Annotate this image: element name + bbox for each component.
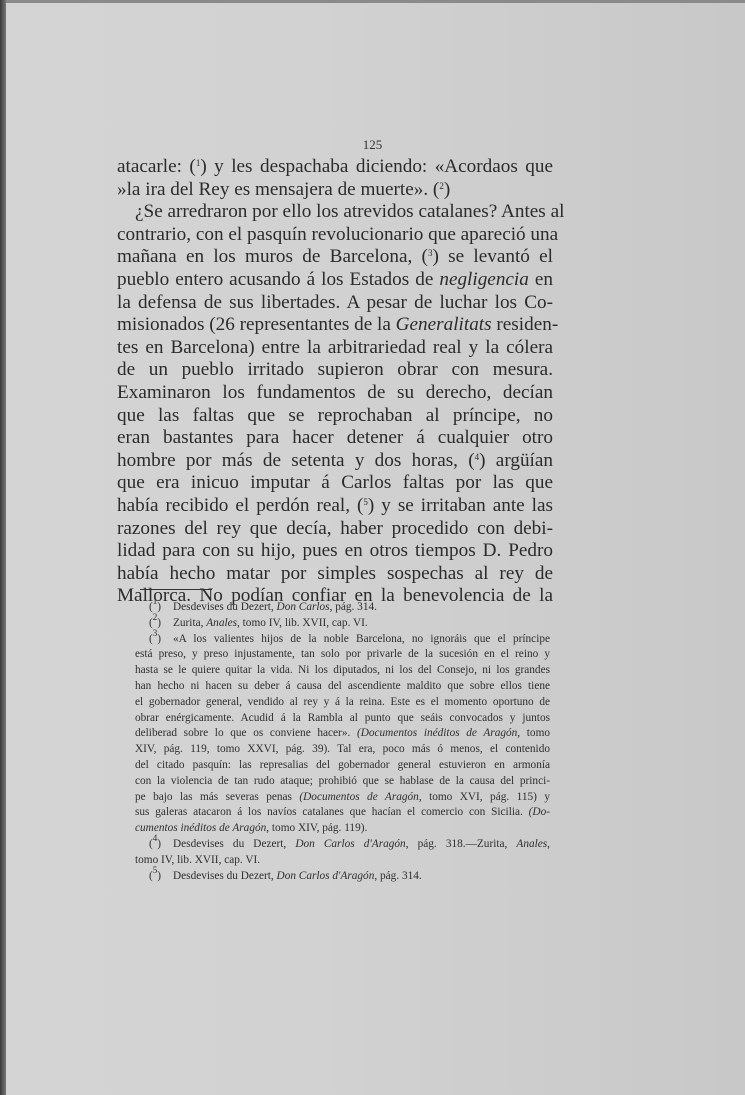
footnote-line: han hecho ni hacen su deber á causa del … [135, 679, 550, 695]
footnote-ref: 4 [475, 452, 480, 462]
body-line: mañana en los muros de Barcelona, (3) se… [117, 246, 553, 269]
body-line: hombre por más de setenta y dos horas, (… [117, 450, 553, 473]
footnote-line: (1)Desdevises du Dezert, Don Carlos, pág… [135, 600, 550, 616]
footnote-line: (5)Desdevises du Dezert, Don Carlos d'Ar… [135, 869, 550, 885]
body-line: que las faltas que se reprochaban al prí… [117, 405, 553, 428]
footnote-ref: 1 [196, 158, 201, 168]
footnote-line: hasta se le quiere quitar la vida. Ni lo… [135, 663, 550, 679]
footnotes: (1)Desdevises du Dezert, Don Carlos, pág… [135, 600, 550, 884]
body-line: había recibido el perdón real, (5) y se … [117, 495, 553, 518]
body-line: pueblo entero acusando á los Estados de … [117, 269, 553, 292]
page-binding-edge [0, 0, 6, 1095]
body-line: contrario, con el pasquín revolucionario… [117, 224, 553, 247]
footnote-separator [140, 589, 212, 590]
body-line: ¿Se arredraron por ello los atrevidos ca… [117, 201, 553, 224]
body-line: lidad para con su hijo, pues en otros ti… [117, 540, 553, 563]
footnote-line: del citado pasquín: las represalias del … [135, 758, 550, 774]
citation-title: Don Carlos d'Aragón [277, 870, 375, 882]
body-line: razones del rey que decía, haber procedi… [117, 518, 553, 541]
body-line: que era inicuo imputar á Carlos faltas p… [117, 472, 553, 495]
footnote-line: sus galeras atacaron á los navíos catala… [135, 805, 550, 821]
citation-title: (Documentos inéditos de Aragón [357, 727, 517, 739]
footnote-mark-number: 4 [153, 833, 158, 843]
footnote-line: con la violencia de tan rudo ataque; pro… [135, 774, 550, 790]
emphasis: negligencia [439, 269, 529, 290]
footnote-line: (3)«A los valientes hijos de la noble Ba… [135, 632, 550, 648]
body-line: atacarle: (1) y les despachaba diciendo:… [117, 156, 553, 179]
footnote-line: (4)Desdevises du Dezert, Don Carlos d'Ar… [135, 837, 550, 853]
footnote-line: está preso, y preso injustamente, tan so… [135, 647, 550, 663]
body-line: tes en Barcelona) entre la arbitrariedad… [117, 337, 553, 360]
page-number: 125 [0, 137, 745, 153]
footnote-line: (2)Zurita, Anales, tomo IV, lib. XVII, c… [135, 616, 550, 632]
body-text: atacarle: (1) y les despachaba diciendo:… [117, 156, 553, 608]
footnote-line: deliberad sobre lo que os conviene hacer… [135, 726, 550, 742]
footnote-line: obrar enérgicamente. Acudid á la Rambla … [135, 711, 550, 727]
footnote-mark: (5) [149, 869, 173, 885]
footnote-mark-number: 3 [153, 628, 158, 638]
page-top-edge [0, 0, 745, 3]
footnote-line: cumentos inéditos de Aragón, tomo XIV, p… [135, 821, 550, 837]
body-line: misionados (26 representantes de la Gene… [117, 314, 553, 337]
footnote-line: pe bajo las más severas penas (Documento… [135, 790, 550, 806]
footnote-ref: 3 [428, 248, 433, 258]
citation-title: Anales [516, 838, 547, 850]
citation-title: Don Carlos d'Aragón [295, 838, 405, 850]
footnote-mark: (3) [149, 632, 173, 648]
body-line: Examinaron los fundamentos de su derecho… [117, 382, 553, 405]
body-line: de un pueblo irritado supieron obrar con… [117, 359, 553, 382]
citation-title: (Do- [529, 806, 550, 818]
footnote-mark-number: 2 [153, 612, 158, 622]
body-line: »la ira del Rey es mensajera de muerte».… [117, 179, 553, 202]
footnote-line: el gobernador general, vendido al rey y … [135, 695, 550, 711]
citation-title: Don Carlos [277, 601, 330, 613]
emphasis: Generalitats [396, 314, 492, 335]
body-line: había hecho matar por simples sospechas … [117, 563, 553, 586]
footnote-line: XIV, pág. 119, tomo XXVI, pág. 39). Tal … [135, 742, 550, 758]
body-line: eran bastantes para hacer detener á cual… [117, 427, 553, 450]
body-line: la defensa de sus libertades. A pesar de… [117, 292, 553, 315]
footnote-mark-number: 1 [153, 596, 158, 606]
footnote-ref: 5 [363, 497, 368, 507]
footnote-mark: (4) [149, 837, 173, 853]
citation-title: (Documentos de Aragón [299, 791, 418, 803]
footnote-ref: 2 [439, 181, 444, 191]
footnote-mark-number: 5 [153, 865, 158, 875]
citation-title: Anales [206, 617, 237, 629]
footnote-line: tomo IV, lib. XVII, cap. VI. [135, 853, 550, 869]
